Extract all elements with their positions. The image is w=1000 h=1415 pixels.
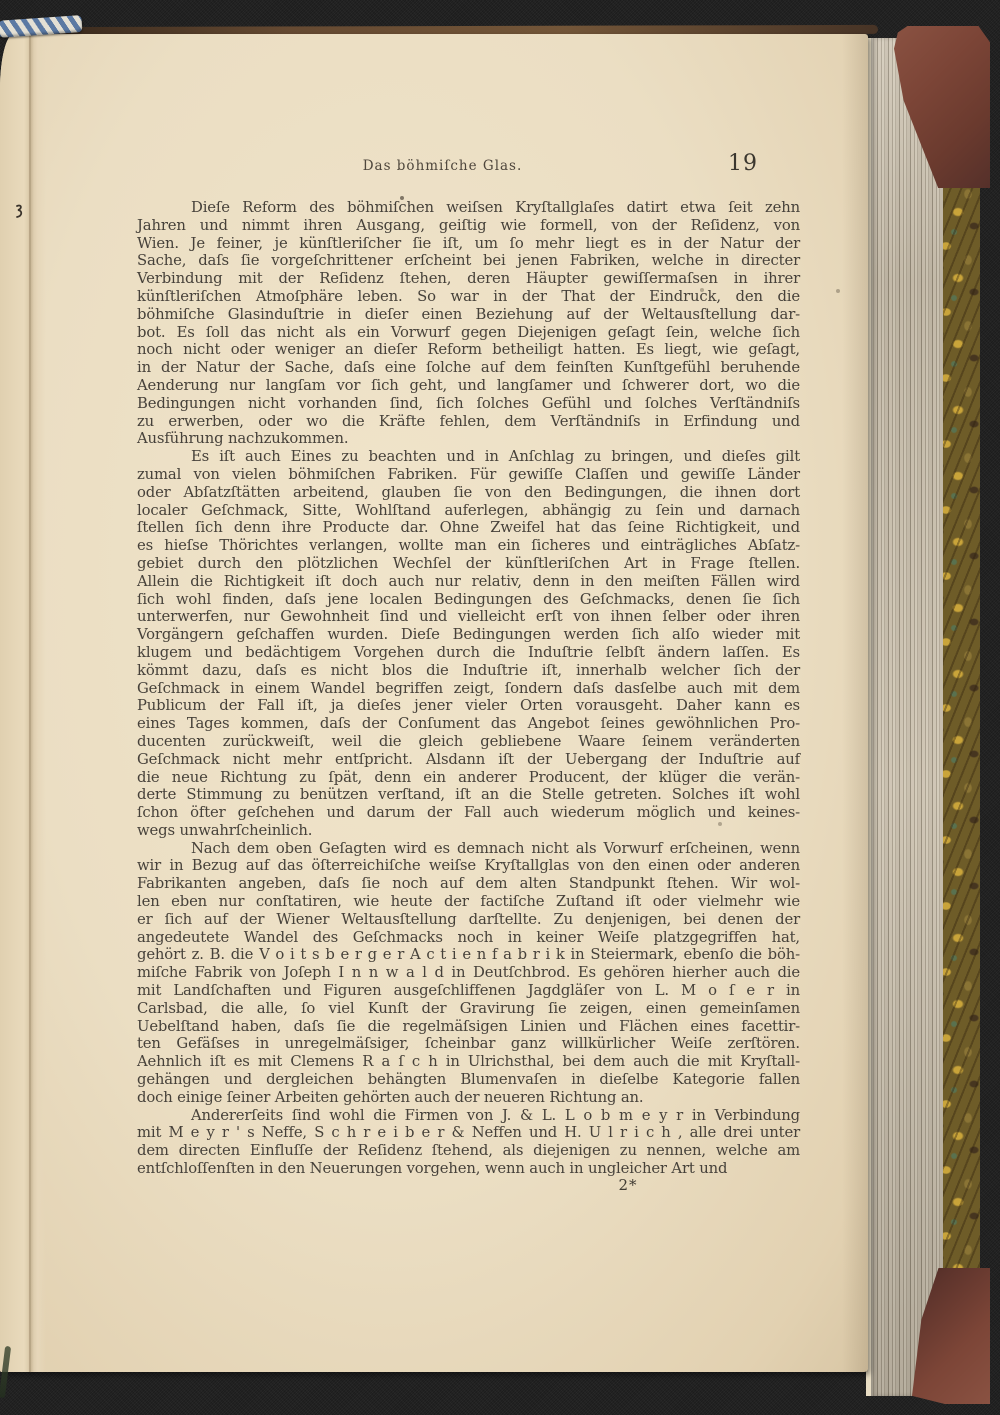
text-line: angedeutete Wandel des Geſchmacks noch i… <box>137 929 800 947</box>
paragraph: Dieſe Reform des böhmiſchen weiſsen Kryſ… <box>137 199 800 448</box>
text-line: ſchon öfter geſchehen und darum der Fall… <box>137 804 800 822</box>
text-line: zumal von vielen böhmiſchen Fabriken. Fü… <box>137 466 800 484</box>
text-line: Vorgängern geſchaffen wurden. Dieſe Bedi… <box>137 626 800 644</box>
text-line: ducenten zurückweiſt, weil die gleich ge… <box>137 733 800 751</box>
text-line: ſich wohl finden, daſs jene localen Bedi… <box>137 591 800 609</box>
text-line: localer Geſchmack, Sitte, Wohlſtand aufe… <box>137 502 800 520</box>
text-line: mit Landſchaften und Figuren ausgeſchlif… <box>137 982 800 1000</box>
paper-speck <box>700 288 704 292</box>
text-line: Uebelſtand haben, daſs ſie die regelmäſs… <box>137 1018 800 1036</box>
text-line: die neue Richtung zu ſpät, denn ein ande… <box>137 769 800 787</box>
text-line: in der Natur der Sache, daſs eine ſolche… <box>137 359 800 377</box>
text-line: ten Gefäſses in unregelmäſsiger, ſcheinb… <box>137 1035 800 1053</box>
text-line: zu erwerben, oder wo die Kräfte fehlen, … <box>137 413 800 431</box>
text-line: klugem und bedächtigem Vorgehen durch di… <box>137 644 800 662</box>
text-line: Publicum der Fall iſt, ja dieſes jener v… <box>137 697 800 715</box>
fore-edge-shadow <box>842 34 868 1372</box>
text-line: oder Abſatzſtätten arbeitend, glauben ſi… <box>137 484 800 502</box>
text-line: Carlsbad, die alle, ſo viel Kunſt der Gr… <box>137 1000 800 1018</box>
text-line: kömmt dazu, daſs es nicht blos die Induſ… <box>137 662 800 680</box>
text-line: gebiet durch den plötzlichen Wechſel der… <box>137 555 800 573</box>
text-line: derte Stimmung zu benützen verſtand, iſt… <box>137 786 800 804</box>
body-text: Dieſe Reform des böhmiſchen weiſsen Kryſ… <box>137 199 800 1178</box>
text-line: Wien. Je feiner, je künſtleriſcher ſie i… <box>137 235 800 253</box>
text-line: Jahren und nimmt ihren Ausgang, geiſtig … <box>137 217 800 235</box>
paper-speck <box>836 289 840 293</box>
text-line: ſtellen ſich denn ihre Producte dar. Ohn… <box>137 519 800 537</box>
page-stack-fore-edge <box>866 38 943 1396</box>
text-line: eines Tages kommen, daſs der Conſument d… <box>137 715 800 733</box>
signature-mark: 2* <box>600 1176 656 1194</box>
text-line: Fabrikanten angeben, daſs ſie noch auf d… <box>137 875 800 893</box>
paper-speck <box>400 196 404 200</box>
book-page: Das böhmiſche Glas. 19 Dieſe Reform des … <box>0 34 868 1372</box>
text-line: Ausführung nachzukommen. <box>137 430 800 448</box>
scanned-book-photo: Das böhmiſche Glas. 19 Dieſe Reform des … <box>0 0 1000 1415</box>
text-line: gehört z. B. die V o i t s b e r g e r A… <box>137 946 800 964</box>
text-line: Dieſe Reform des böhmiſchen weiſsen Kryſ… <box>137 199 800 217</box>
text-line: Verbindung mit der Reſidenz ſtehen, dere… <box>137 270 800 288</box>
text-line: wegs unwahrſcheinlich. <box>137 822 800 840</box>
text-line: Allein die Richtigkeit iſt doch auch nur… <box>137 573 800 591</box>
page-number: 19 <box>728 151 758 176</box>
text-line: Bedingungen nicht vorhanden ſind, ſich ſ… <box>137 395 800 413</box>
text-line: mit M e y r ' s Neffe, S c h r e i b e r… <box>137 1124 800 1142</box>
paragraph: Es iſt auch Eines zu beachten und in Anſ… <box>137 448 800 840</box>
gutter-shadow <box>0 34 46 1372</box>
text-line: unterwerfen, nur Gewohnheit ſind und vie… <box>137 608 800 626</box>
text-line: Aenderung nur langſam vor ſich geht, und… <box>137 377 800 395</box>
text-line: gehängen und dergleichen behängten Blume… <box>137 1071 800 1089</box>
text-line: bot. Es ſoll das nicht als ein Vorwurf g… <box>137 324 800 342</box>
ink-blemish <box>14 204 26 220</box>
text-line: Geſchmack in einem Wandel begriffen zeig… <box>137 680 800 698</box>
text-line: er ſich auf der Wiener Weltausſtellung d… <box>137 911 800 929</box>
text-line: Es iſt auch Eines zu beachten und in Anſ… <box>137 448 800 466</box>
text-line: noch nicht oder weniger an dieſer Reform… <box>137 341 800 359</box>
paper-speck <box>718 822 722 826</box>
text-line: len eben nur conſtatiren, wie heute der … <box>137 893 800 911</box>
text-line: miſche Fabrik von Joſeph I n n w a l d i… <box>137 964 800 982</box>
text-line: böhmiſche Glasinduſtrie in dieſer einen … <box>137 306 800 324</box>
text-line: Andererſeits ſind wohl die Firmen von J.… <box>137 1107 800 1125</box>
text-line: entſchloſſenſten in den Neuerungen vorge… <box>137 1160 800 1178</box>
text-line: Aehnlich iſt es mit Clemens R a ſ c h in… <box>137 1053 800 1071</box>
text-line: es hieſse Thörichtes verlangen, wollte m… <box>137 537 800 555</box>
text-line: dem directen Einfluſſe der Reſidenz ſteh… <box>137 1142 800 1160</box>
text-line: Nach dem oben Geſagten wird es demnach n… <box>137 840 800 858</box>
gutter-crease <box>29 34 31 1372</box>
text-line: wir in Bezug auf das öſterreichiſche wei… <box>137 857 800 875</box>
text-line: Sache, daſs ſie vorgeſchrittener erſchei… <box>137 252 800 270</box>
paragraph: Nach dem oben Geſagten wird es demnach n… <box>137 840 800 1107</box>
text-line: Geſchmack nicht mehr entſpricht. Alsdann… <box>137 751 800 769</box>
running-header: Das böhmiſche Glas. <box>111 158 774 174</box>
running-header-row: Das böhmiſche Glas. 19 <box>137 158 800 182</box>
text-line: doch einige ſeiner Arbeiten gehörten auc… <box>137 1089 800 1107</box>
paragraph: Andererſeits ſind wohl die Firmen von J.… <box>137 1107 800 1178</box>
